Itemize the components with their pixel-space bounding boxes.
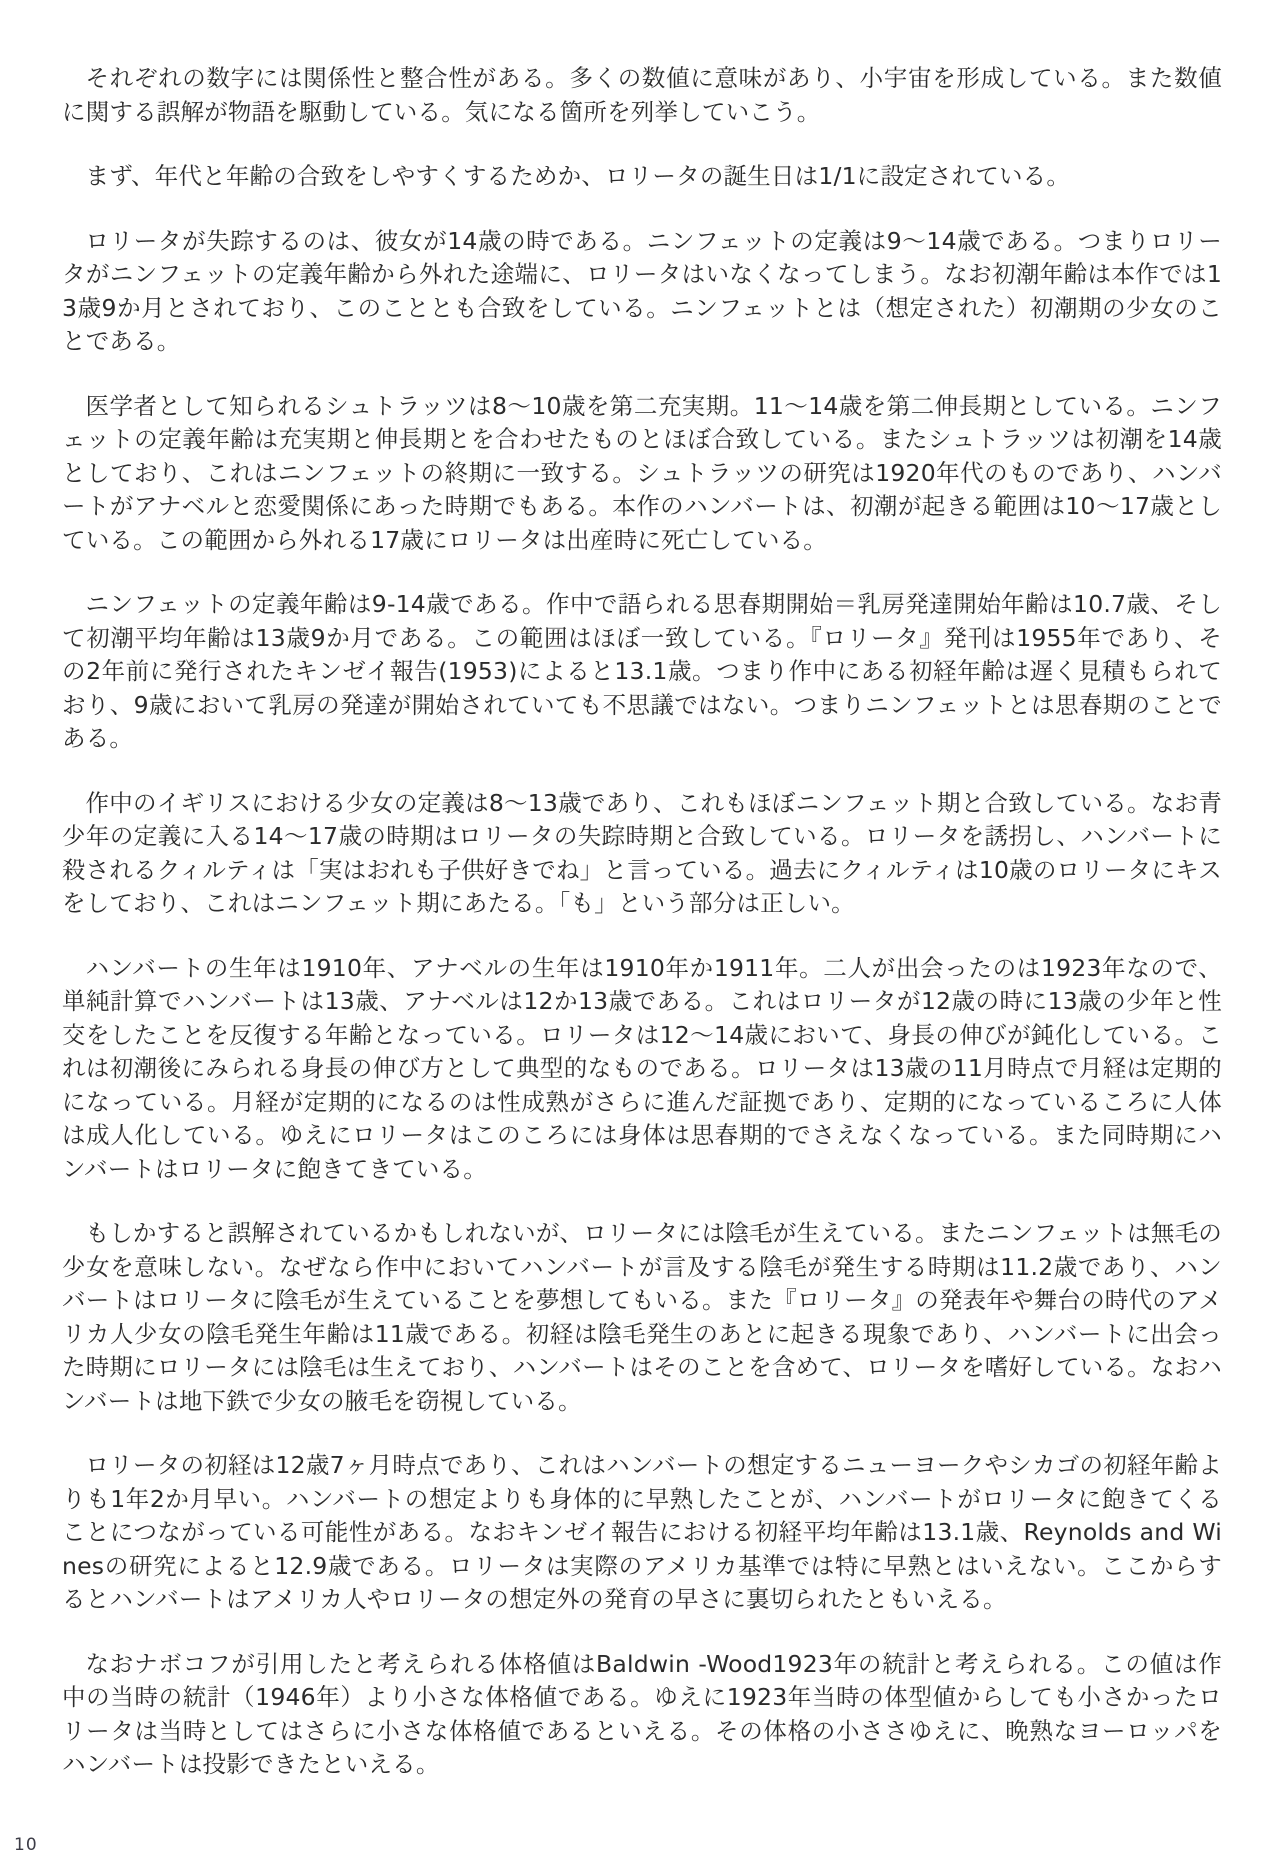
paragraph-nymphet-definition: ニンフェットの定義年齢は9-14歳である。作中で語られる思春期開始＝乳房発達開始…: [62, 588, 1222, 756]
paragraph-menarche-timing: ロリータの初経は12歳7ヶ月時点であり、これはハンバートの想定するニューヨークや…: [62, 1449, 1222, 1617]
paragraph-intro: それぞれの数字には関係性と整合性がある。多くの数値に意味があり、小宇宙を形成して…: [62, 62, 1222, 129]
paragraph-misconception: もしかすると誤解されているかもしれないが、ロリータには陰毛が生えている。またニン…: [62, 1217, 1222, 1418]
paragraph-baldwin-wood: なおナボコフが引用したと考えられる体格値はBaldwin -Wood1923年の…: [62, 1648, 1222, 1782]
paragraph-birth-years: ハンバートの生年は1910年、アナベルの生年は1910年か1911年。二人が出会…: [62, 952, 1222, 1187]
paragraph-birthday: まず、年代と年齢の合致をしやすくするためか、ロリータの誕生日は1/1に設定されて…: [62, 160, 1222, 194]
page-number: 10: [14, 1835, 38, 1855]
document-page: それぞれの数字には関係性と整合性がある。多くの数値に意味があり、小宇宙を形成して…: [62, 62, 1222, 1813]
paragraph-stratz: 医学者として知られるシュトラッツは8〜10歳を第二充実期。11〜14歳を第二伸長…: [62, 390, 1222, 558]
paragraph-disappearance-age: ロリータが失踪するのは、彼女が14歳の時である。ニンフェットの定義は9〜14歳で…: [62, 225, 1222, 359]
paragraph-uk-definition: 作中のイギリスにおける少女の定義は8〜13歳であり、これもほぼニンフェット期と合…: [62, 787, 1222, 921]
